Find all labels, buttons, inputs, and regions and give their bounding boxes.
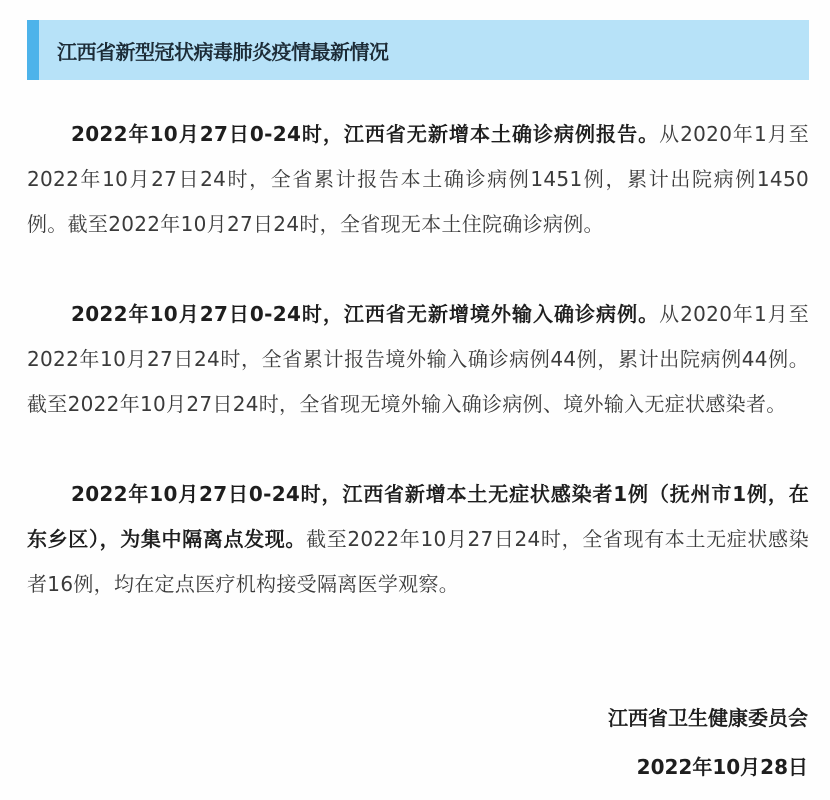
signature-date: 2022年10月28日 bbox=[608, 743, 808, 792]
notice-content: 2022年10月27日0-24时，江西省无新增本土确诊病例报告。从2020年1月… bbox=[27, 112, 809, 652]
paragraph-imported-confirmed: 2022年10月27日0-24时，江西省无新增境外输入确诊病例。从2020年1月… bbox=[27, 292, 809, 427]
notice-page: 江西省新型冠状病毒肺炎疫情最新情况 2022年10月27日0-24时，江西省无新… bbox=[0, 0, 830, 800]
title-accent-bar bbox=[27, 20, 39, 80]
page-title: 江西省新型冠状病毒肺炎疫情最新情况 bbox=[57, 36, 389, 65]
paragraph-asymptomatic: 2022年10月27日0-24时，江西省新增本土无症状感染者1例（抚州市1例，在… bbox=[27, 472, 809, 607]
signature-organization: 江西省卫生健康委员会 bbox=[608, 694, 808, 743]
title-bar: 江西省新型冠状病毒肺炎疫情最新情况 bbox=[27, 20, 809, 80]
signature-block: 江西省卫生健康委员会 2022年10月28日 bbox=[608, 694, 808, 792]
paragraph-lead: 2022年10月27日0-24时，江西省无新增本土确诊病例报告。 bbox=[71, 122, 659, 146]
paragraph-lead: 2022年10月27日0-24时，江西省无新增境外输入确诊病例。 bbox=[71, 302, 659, 326]
paragraph-local-confirmed: 2022年10月27日0-24时，江西省无新增本土确诊病例报告。从2020年1月… bbox=[27, 112, 809, 247]
